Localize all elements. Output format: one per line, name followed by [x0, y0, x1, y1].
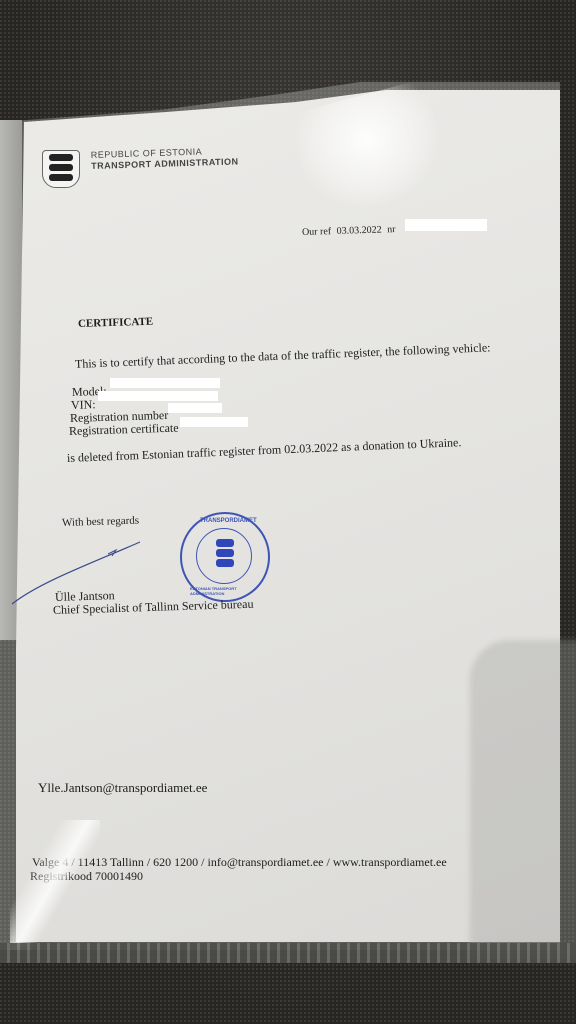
closing-regards: With best regards [62, 515, 139, 529]
contact-email: Ylle.Jantson@transpordiamet.ee [38, 780, 207, 796]
certificate-title: CERTIFICATE [78, 316, 154, 330]
ref-nr-label: nr [387, 224, 396, 235]
redacted-regnum [168, 403, 222, 413]
sleeve-bottom-edge [0, 943, 576, 963]
letterhead: Republic of Estonia Transport Administra… [91, 145, 239, 172]
stamp-top-text: TRANSPORDIAMET [200, 518, 257, 524]
redacted-regcert [180, 417, 248, 427]
stamp-lions-icon [216, 539, 234, 569]
stamp-bottom-text: ESTONIAN TRANSPORT ADMINISTRATION [190, 586, 268, 596]
coat-of-arms-icon [42, 150, 80, 188]
redacted-model [110, 378, 220, 388]
redacted-vin [98, 391, 218, 401]
official-stamp: TRANSPORDIAMET ESTONIAN TRANSPORT ADMINI… [180, 512, 270, 602]
light-glare-bottom [10, 820, 100, 950]
ref-date: 03.03.2022 [336, 225, 381, 237]
redacted-ref-number [405, 219, 487, 231]
ref-label: Our ref [302, 226, 331, 238]
phone-shadow [470, 640, 576, 960]
